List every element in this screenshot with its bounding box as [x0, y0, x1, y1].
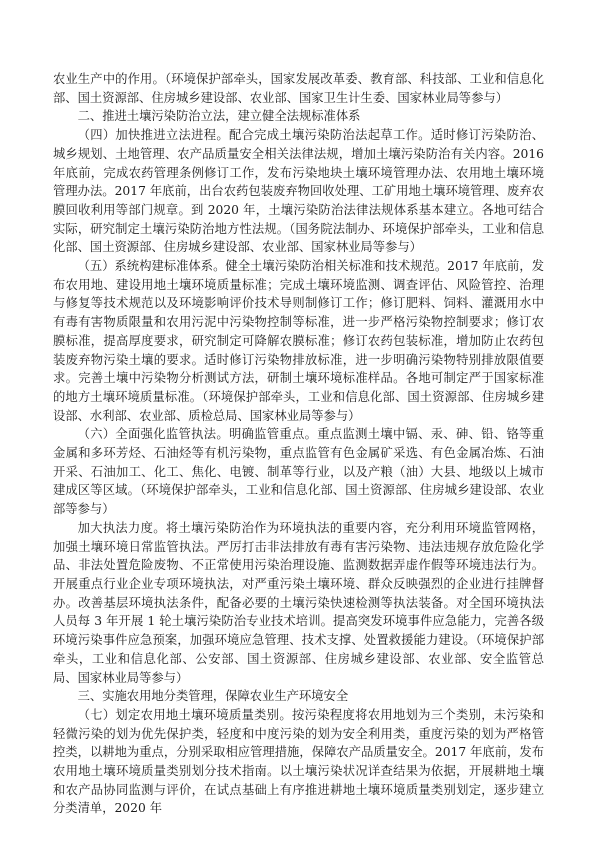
paragraph-enforcement: 加大执法力度。将土壤污染防治作为环境执法的重要内容，充分利用环境监管网格，加强土…: [53, 519, 544, 687]
paragraph-item-7: （七）划定农用地土壤环境质量类别。按污染程度将农用地划为三个类别，未污染和轻微污…: [53, 706, 544, 818]
paragraph-item-4: （四）加快推进立法进程。配合完成土壤污染防治法起草工作。适时修订污染防治、城乡规…: [53, 126, 544, 257]
section-heading-3: 三、实施农用地分类管理，保障农业生产环境安全: [53, 687, 544, 706]
paragraph-continuation: 农业生产中的作用。（环境保护部牵头，国家发展改革委、教育部、科技部、工业和信息化…: [53, 70, 544, 107]
document-page: 农业生产中的作用。（环境保护部牵头，国家发展改革委、教育部、科技部、工业和信息化…: [0, 0, 595, 841]
paragraph-item-5: （五）系统构建标准体系。健全土壤污染防治相关标准和技术规范。2017 年底前，发…: [53, 257, 544, 425]
paragraph-item-6: （六）全面强化监管执法。明确监管重点。重点监测土壤中镉、汞、砷、铅、铬等重金属和…: [53, 425, 544, 519]
section-heading-2: 二、推进土壤污染防治立法，建立健全法规标准体系: [53, 107, 544, 126]
